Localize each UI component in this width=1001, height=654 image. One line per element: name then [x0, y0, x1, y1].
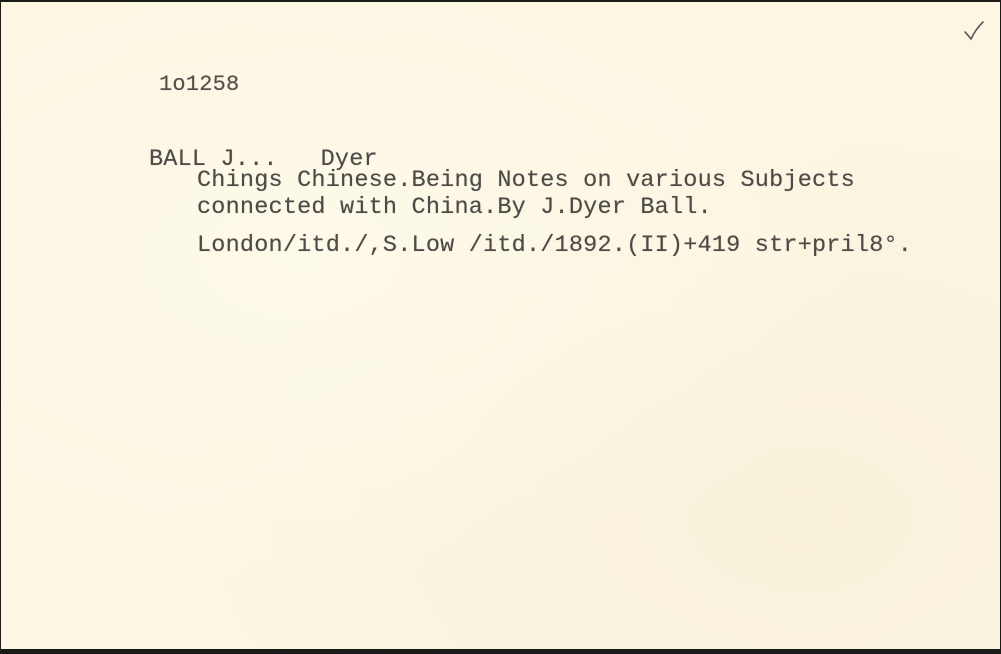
- catalog-card: 1o1258 BALL J... Dyer Chings Chinese.Bei…: [1, 2, 1000, 649]
- title-line-2: connected with China.By J.Dyer Ball.: [197, 196, 712, 220]
- imprint-line: London/itd./,S.Low /itd./1892.(II)+419 s…: [197, 234, 912, 258]
- check-mark-icon: [963, 20, 985, 42]
- call-number: 1o1258: [159, 74, 239, 96]
- title-line-1: Chings Chinese.Being Notes on various Su…: [197, 169, 855, 193]
